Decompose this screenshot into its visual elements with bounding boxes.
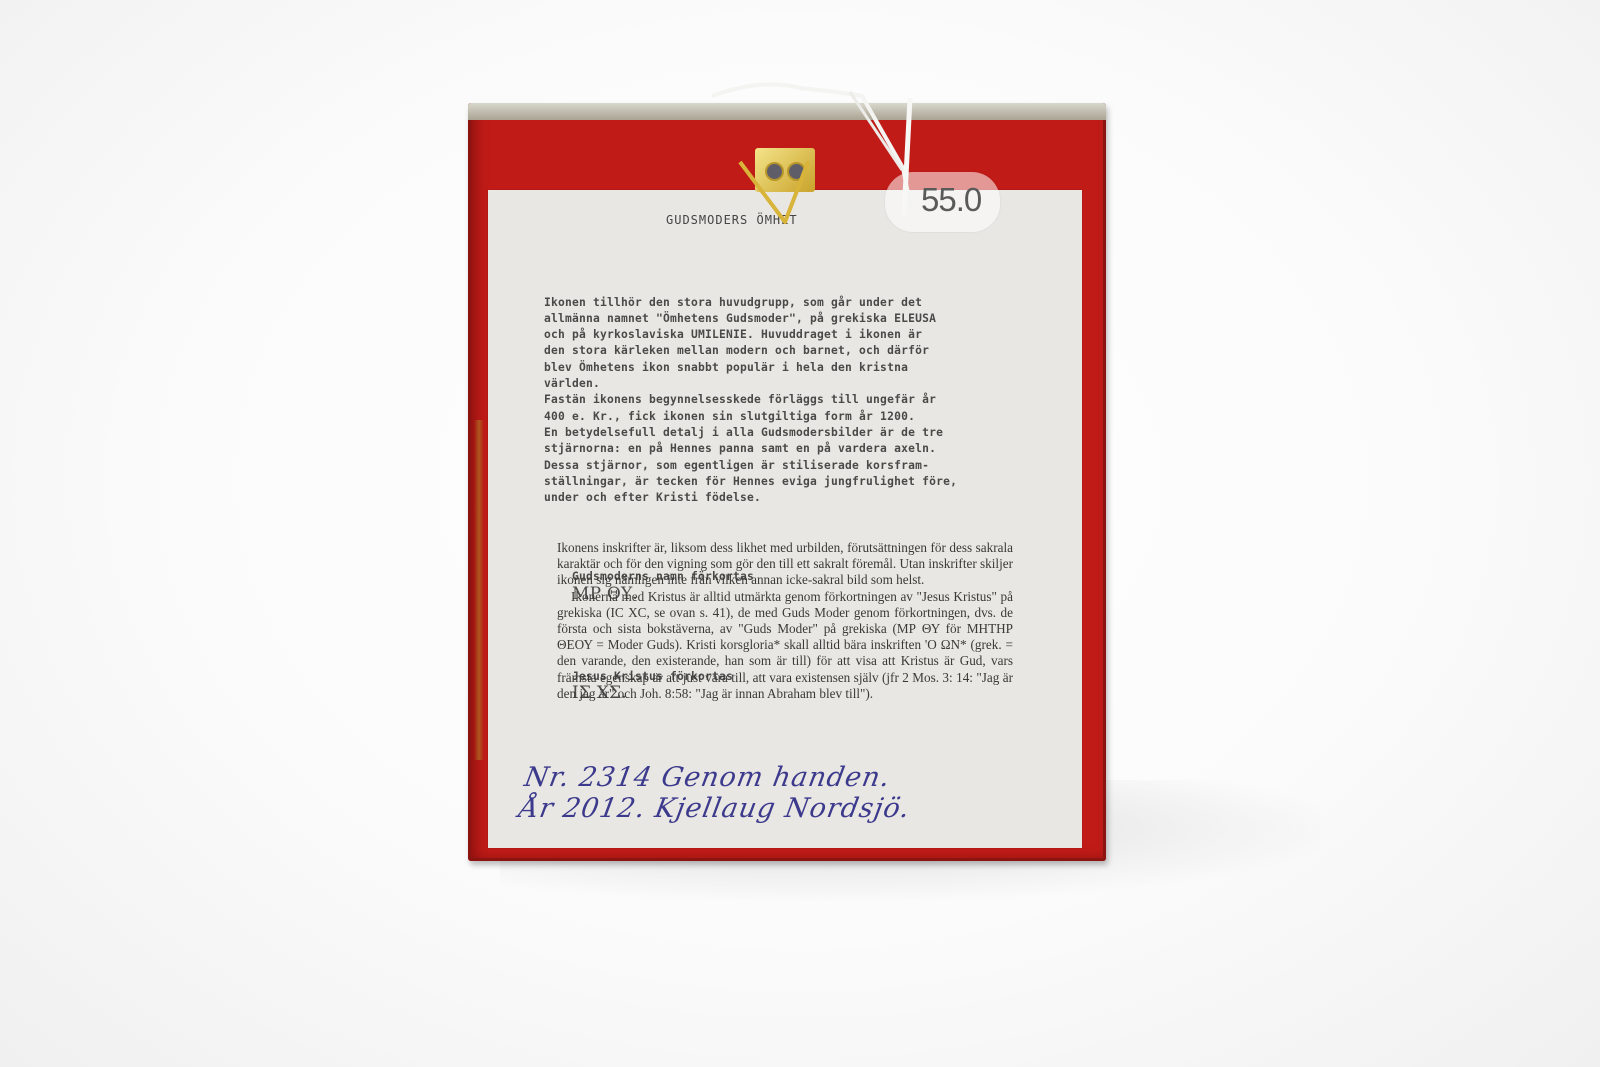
typewritten-lines: Ikonen tillhör den stora huvudgrupp, som… [544, 295, 1044, 507]
label-title: GUDSMODERS ÖMHET [666, 213, 798, 227]
panel-top-edge [468, 103, 1106, 120]
typewritten-line: ställningar, är tecken för Hennes eviga … [544, 474, 1044, 490]
typewritten-line: Ikonen tillhör den stora huvudgrupp, som… [544, 295, 1044, 311]
printed-paragraphs: Ikonens inskrifter är, liksom dess likhe… [557, 540, 1013, 702]
typewritten-line: Fastän ikonens begynnelsesskede förläggs… [544, 392, 1044, 408]
price-value: 55.0 [921, 181, 981, 219]
typewritten-line: den stora kärleken mellan modern och bar… [544, 343, 1044, 359]
gilded-edge [474, 420, 484, 760]
paragraph: Ikonerna med Kristus är alltid utmärkta … [557, 589, 1013, 702]
typewritten-line: blev Ömhetens ikon snabbt populär i hela… [544, 360, 1044, 376]
typewritten-line: En betydelsefull detalj i alla Gudsmoder… [544, 425, 1044, 441]
typewritten-line: allmänna namnet "Ömhetens Gudsmoder", på… [544, 311, 1044, 327]
typewritten-line: stjärnorna: en på Hennes panna samt en p… [544, 441, 1044, 457]
screw-icon [787, 162, 806, 181]
handwritten-note: Nr. 2314 Genom handen. År 2012. Kjellaug… [517, 762, 919, 824]
brass-sawtooth-hanger-icon [755, 148, 815, 192]
typewritten-line: 400 e. Kr., fick ikonen sin slutgiltiga … [544, 409, 1044, 425]
typewritten-line: Dessa stjärnor, som egentligen är stilis… [544, 458, 1044, 474]
typewritten-line: under och efter Kristi födelse. [544, 490, 1044, 506]
screw-icon [765, 162, 784, 181]
typewritten-line: och på kyrkoslaviska UMILENIE. Huvuddrag… [544, 327, 1044, 343]
typewritten-line: världen. [544, 376, 1044, 392]
paragraph: Ikonens inskrifter är, liksom dess likhe… [557, 540, 1013, 589]
